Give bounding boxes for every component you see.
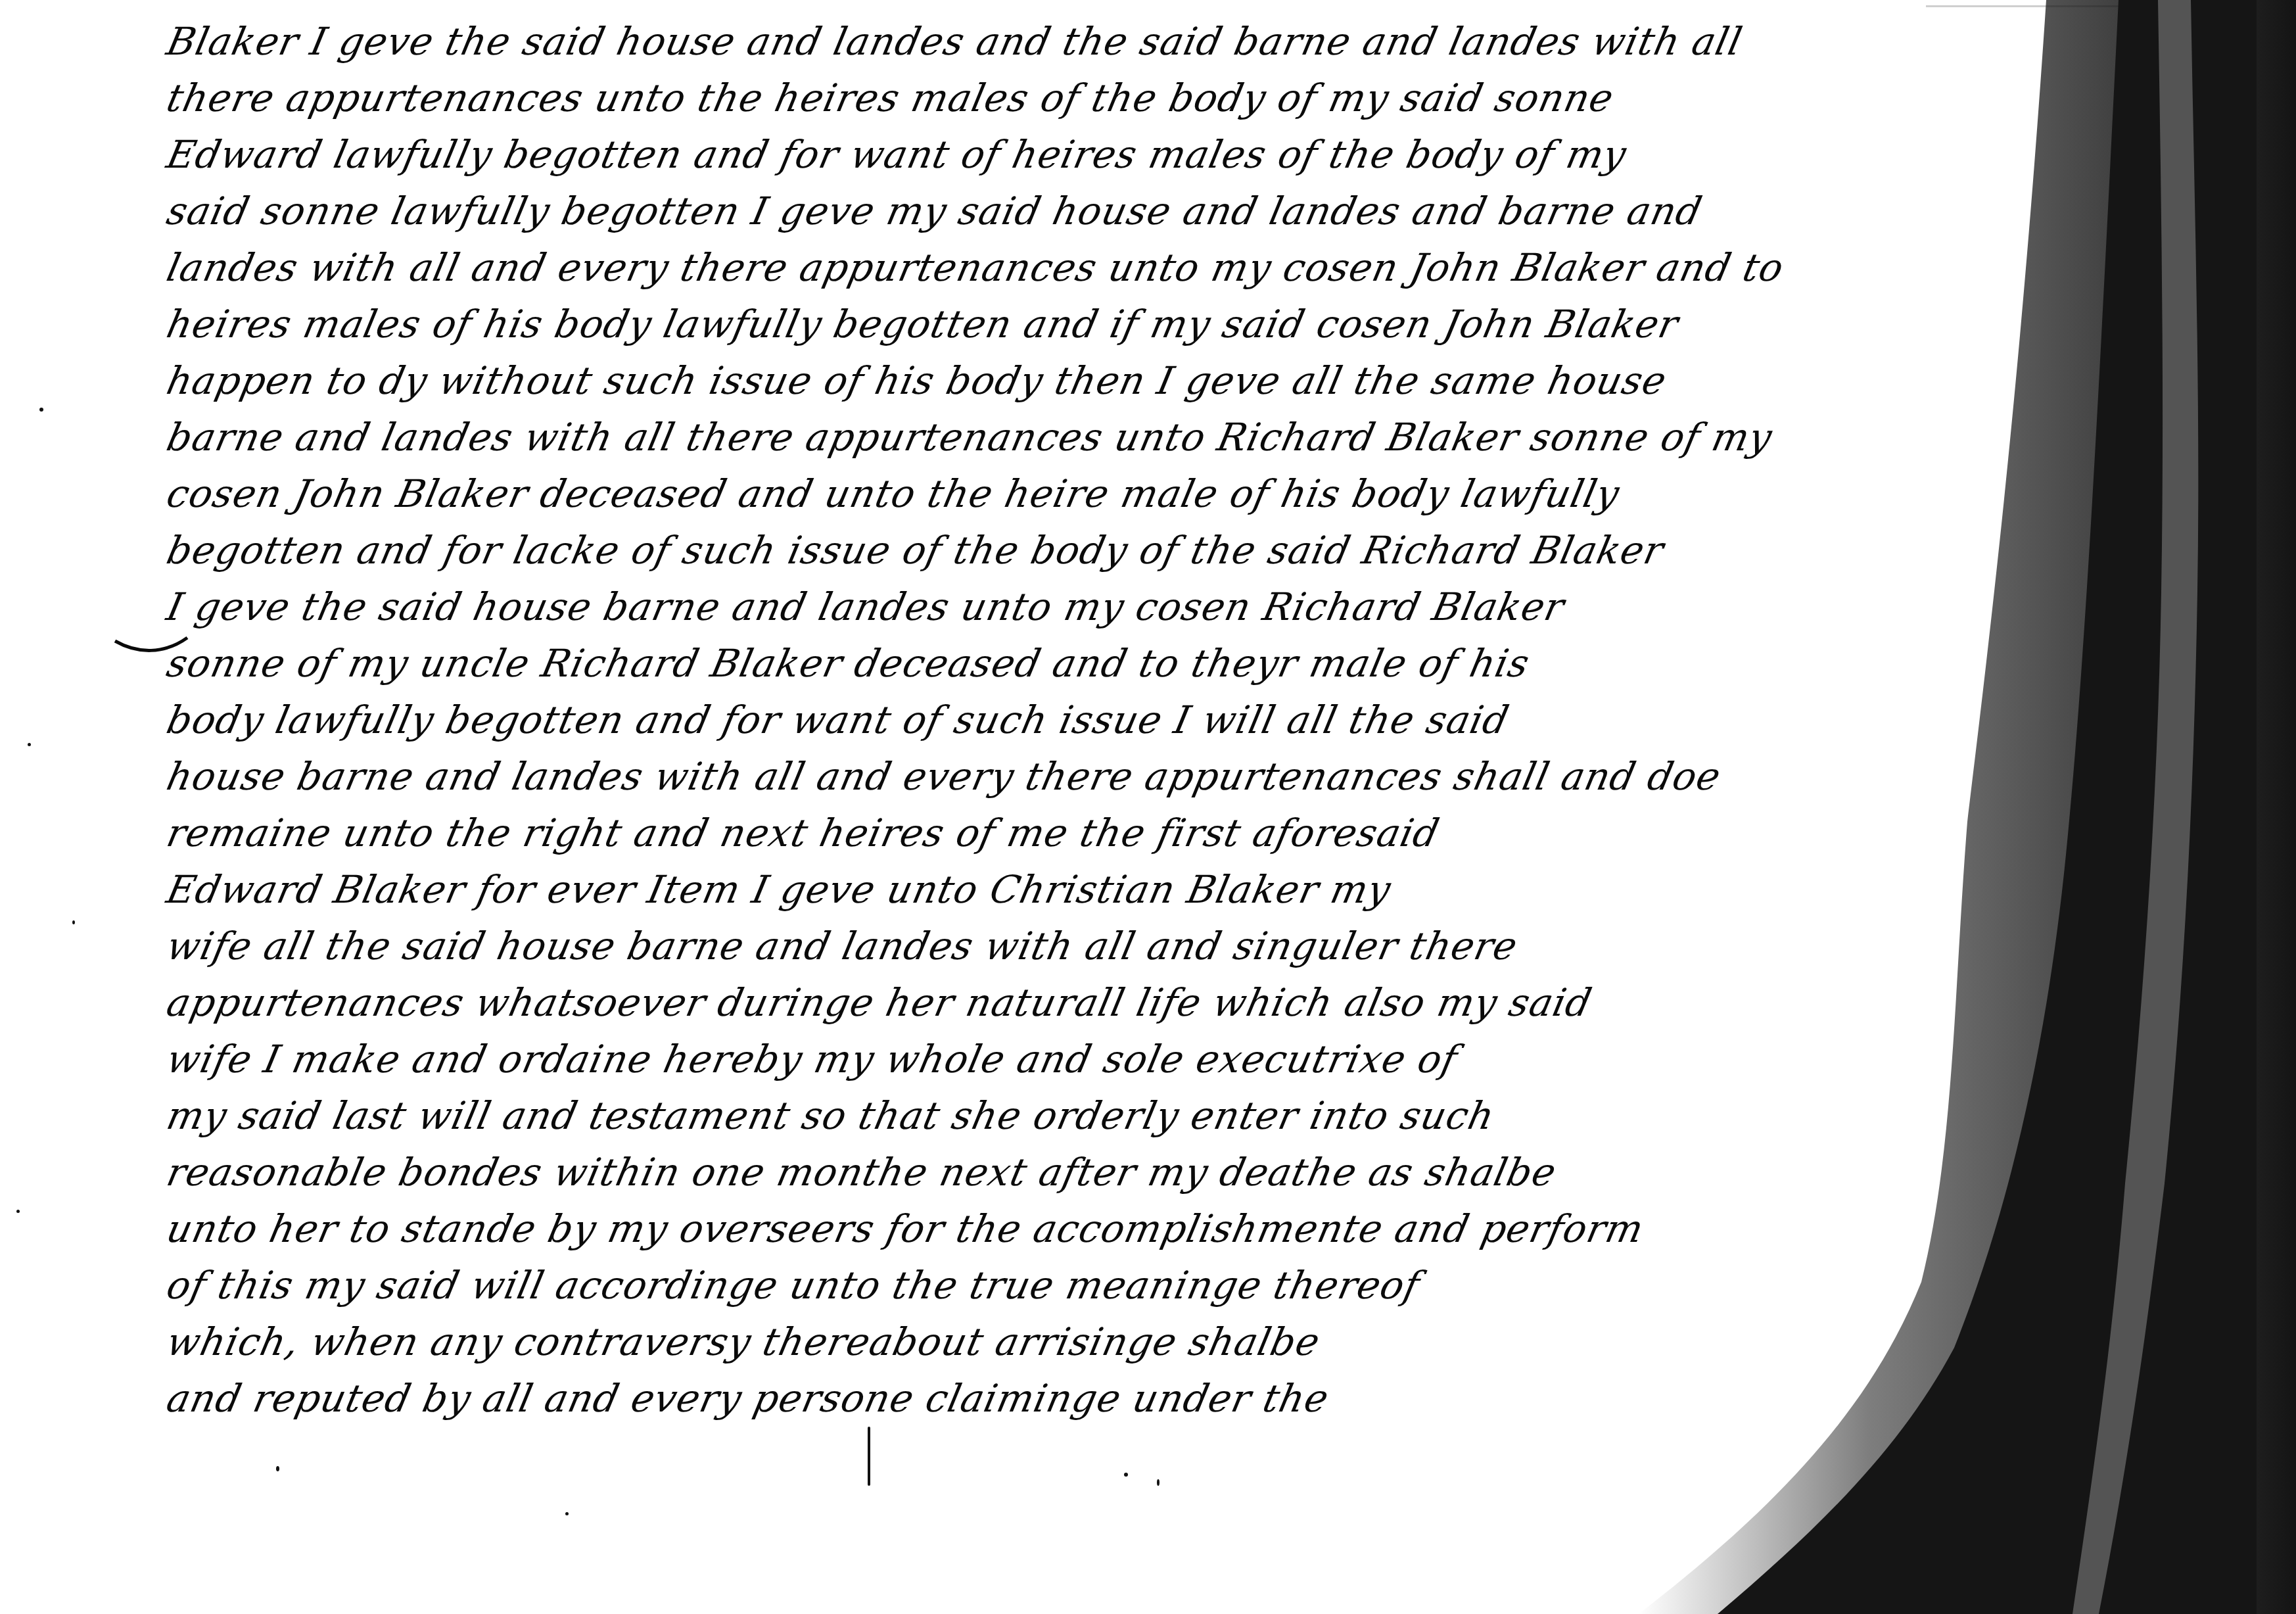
manuscript-line: Blaker I geve the said house and landes … xyxy=(162,13,1981,70)
scan-speck xyxy=(565,1512,569,1515)
manuscript-line: reasonable bondes within one monthe next… xyxy=(162,1144,1981,1200)
manuscript-line: Edward lawfully begotten and for want of… xyxy=(162,126,1981,183)
page-edge-top xyxy=(1926,5,2255,7)
manuscript-line: happen to dy without such issue of his b… xyxy=(162,352,1981,409)
scan-speck xyxy=(1124,1473,1128,1477)
scan-speck xyxy=(276,1466,279,1471)
scan-speck xyxy=(28,743,31,746)
manuscript-line: appurtenances whatsoever duringe her nat… xyxy=(162,974,1981,1031)
manuscript-line: wife all the said house barne and landes… xyxy=(162,918,1981,974)
manuscript-line: remaine unto the right and next heires o… xyxy=(162,805,1981,861)
page-edge-right xyxy=(2254,7,2257,1598)
manuscript-line: barne and landes with all there appurten… xyxy=(162,409,1981,465)
manuscript-line: body lawfully begotten and for want of s… xyxy=(162,692,1981,748)
manuscript-line: there appurtenances unto the heires male… xyxy=(162,70,1981,126)
scan-speck xyxy=(16,1210,20,1213)
manuscript-line: wife I make and ordaine hereby my whole … xyxy=(162,1031,1981,1087)
manuscript-line: landes with all and every there appurten… xyxy=(162,239,1981,296)
manuscript-line: Edward Blaker for ever Item I geve unto … xyxy=(162,861,1981,918)
manuscript-text: Blaker I geve the said house and landes … xyxy=(168,13,1975,1427)
manuscript-line: said sonne lawfully begotten I geve my s… xyxy=(162,183,1981,239)
manuscript-line: unto her to stande by my overseers for t… xyxy=(162,1200,1981,1257)
manuscript-line: my said last will and testament so that … xyxy=(162,1087,1981,1144)
scan-speck xyxy=(39,408,43,412)
manuscript-line: I geve the said house barne and landes u… xyxy=(162,579,1981,635)
manuscript-line: begotten and for lacke of such issue of … xyxy=(162,522,1981,579)
manuscript-line: house barne and landes with all and ever… xyxy=(162,748,1981,805)
manuscript-line: sonne of my uncle Richard Blaker decease… xyxy=(162,635,1981,692)
manuscript-line: and reputed by all and every persone cla… xyxy=(162,1370,1981,1427)
scanned-manuscript-page: Blaker I geve the said house and landes … xyxy=(0,0,2296,1614)
scan-speck xyxy=(868,1427,870,1486)
scan-speck xyxy=(72,920,75,924)
scan-speck xyxy=(1157,1479,1160,1486)
manuscript-line: cosen John Blaker deceased and unto the … xyxy=(162,465,1981,522)
manuscript-line: heires males of his body lawfully begott… xyxy=(162,296,1981,352)
manuscript-line: of this my said will accordinge unto the… xyxy=(162,1257,1981,1314)
manuscript-line: which, when any contraversy thereabout a… xyxy=(162,1314,1981,1370)
